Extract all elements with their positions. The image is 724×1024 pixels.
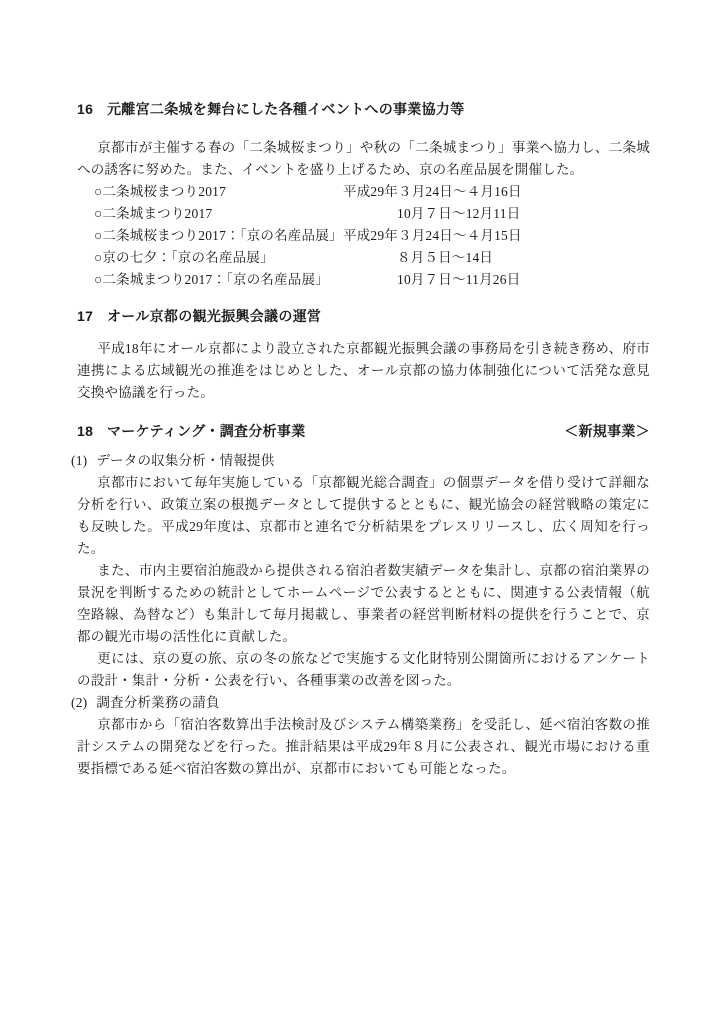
- section-17-heading: 17 オール京都の観光振興会議の運営: [77, 305, 650, 327]
- subsection-1-heading: (1) データの収集分析・情報提供: [71, 450, 650, 472]
- section-title: マーケティング・調査分析事業: [107, 420, 306, 442]
- event-name: ○京の七夕：「京の名産品展」: [94, 247, 343, 269]
- subsection-2-paragraph-1: 京都市から「宿泊客数算出手法検討及びシステム構築業務」を受託し、延べ宿泊客数の推…: [77, 714, 650, 780]
- event-name: ○二条城まつり2017：「京の名産品展」: [94, 269, 343, 291]
- document-page: 16 元離宮二条城を舞台にした各種イベントへの事業協力等 京都市が主催する春の「…: [0, 0, 724, 1024]
- section-number: 16: [77, 98, 107, 120]
- subsection-1: (1) データの収集分析・情報提供 京都市において毎年実施している「京都観光総合…: [77, 450, 650, 692]
- event-date: 平成29年３月24日～４月15日: [343, 225, 522, 247]
- section-16: 16 元離宮二条城を舞台にした各種イベントへの事業協力等 京都市が主催する春の「…: [77, 98, 650, 291]
- event-date: ８月５日～14日: [343, 247, 493, 269]
- subsection-2: (2) 調査分析業務の請負 京都市から「宿泊客数算出手法検討及びシステム構築業務…: [77, 692, 650, 780]
- subsection-title: 調査分析業務の請負: [96, 692, 219, 714]
- subsection-1-paragraph-1: 京都市において毎年実施している「京都観光総合調査」の個票データを借り受けて詳細な…: [77, 472, 650, 560]
- event-name: ○二条城桜まつり2017: [94, 181, 343, 203]
- event-date: 10月７日～11月26日: [343, 269, 520, 291]
- event-row: ○京の七夕：「京の名産品展」 ８月５日～14日: [77, 247, 650, 269]
- event-date: 平成29年３月24日～４月16日: [343, 181, 522, 203]
- subsection-label: (2): [71, 692, 87, 714]
- section-title: オール京都の観光振興会議の運営: [107, 305, 321, 327]
- section-16-heading: 16 元離宮二条城を舞台にした各種イベントへの事業協力等: [77, 98, 650, 120]
- event-name: ○二条城まつり2017: [94, 203, 343, 225]
- subsection-title: データの収集分析・情報提供: [96, 450, 274, 472]
- section-16-paragraph: 京都市が主催する春の「二条城桜まつり」や秋の「二条城まつり」事業へ協力し、二条城…: [77, 137, 650, 181]
- section-title: 元離宮二条城を舞台にした各種イベントへの事業協力等: [107, 98, 465, 120]
- event-row: ○二条城桜まつり2017 平成29年３月24日～４月16日: [77, 181, 650, 203]
- section-17: 17 オール京都の観光振興会議の運営 平成18年にオール京都により設立された京都…: [77, 305, 650, 404]
- section-18-heading: 18 マーケティング・調査分析事業 ＜新規事業＞: [77, 420, 650, 442]
- section-number: 18: [77, 420, 107, 442]
- event-row: ○二条城まつり2017 10月７日～12月11日: [77, 203, 650, 225]
- section-number: 17: [77, 305, 107, 327]
- section-17-paragraph: 平成18年にオール京都により設立された京都観光振興会議の事務局を引き続き務め、府…: [77, 338, 650, 404]
- event-date: 10月７日～12月11日: [343, 203, 520, 225]
- event-list: ○二条城桜まつり2017 平成29年３月24日～４月16日 ○二条城まつり201…: [77, 181, 650, 291]
- event-row: ○二条城桜まつり2017：「京の名産品展」 平成29年３月24日～４月15日: [77, 225, 650, 247]
- subsection-2-heading: (2) 調査分析業務の請負: [71, 692, 650, 714]
- page-content: 16 元離宮二条城を舞台にした各種イベントへの事業協力等 京都市が主催する春の「…: [77, 98, 650, 780]
- event-row: ○二条城まつり2017：「京の名産品展」 10月７日～11月26日: [77, 269, 650, 291]
- subsection-label: (1): [71, 450, 87, 472]
- new-business-badge: ＜新規事業＞: [564, 420, 650, 442]
- event-name: ○二条城桜まつり2017：「京の名産品展」: [94, 225, 343, 247]
- subsection-1-paragraph-2: また、市内主要宿泊施設から提供される宿泊者数実績データを集計し、京都の宿泊業界の…: [77, 560, 650, 648]
- section-18: 18 マーケティング・調査分析事業 ＜新規事業＞ (1) データの収集分析・情報…: [77, 420, 650, 780]
- subsection-1-paragraph-3: 更には、京の夏の旅、京の冬の旅などで実施する文化財特別公開箇所におけるアンケート…: [77, 648, 650, 692]
